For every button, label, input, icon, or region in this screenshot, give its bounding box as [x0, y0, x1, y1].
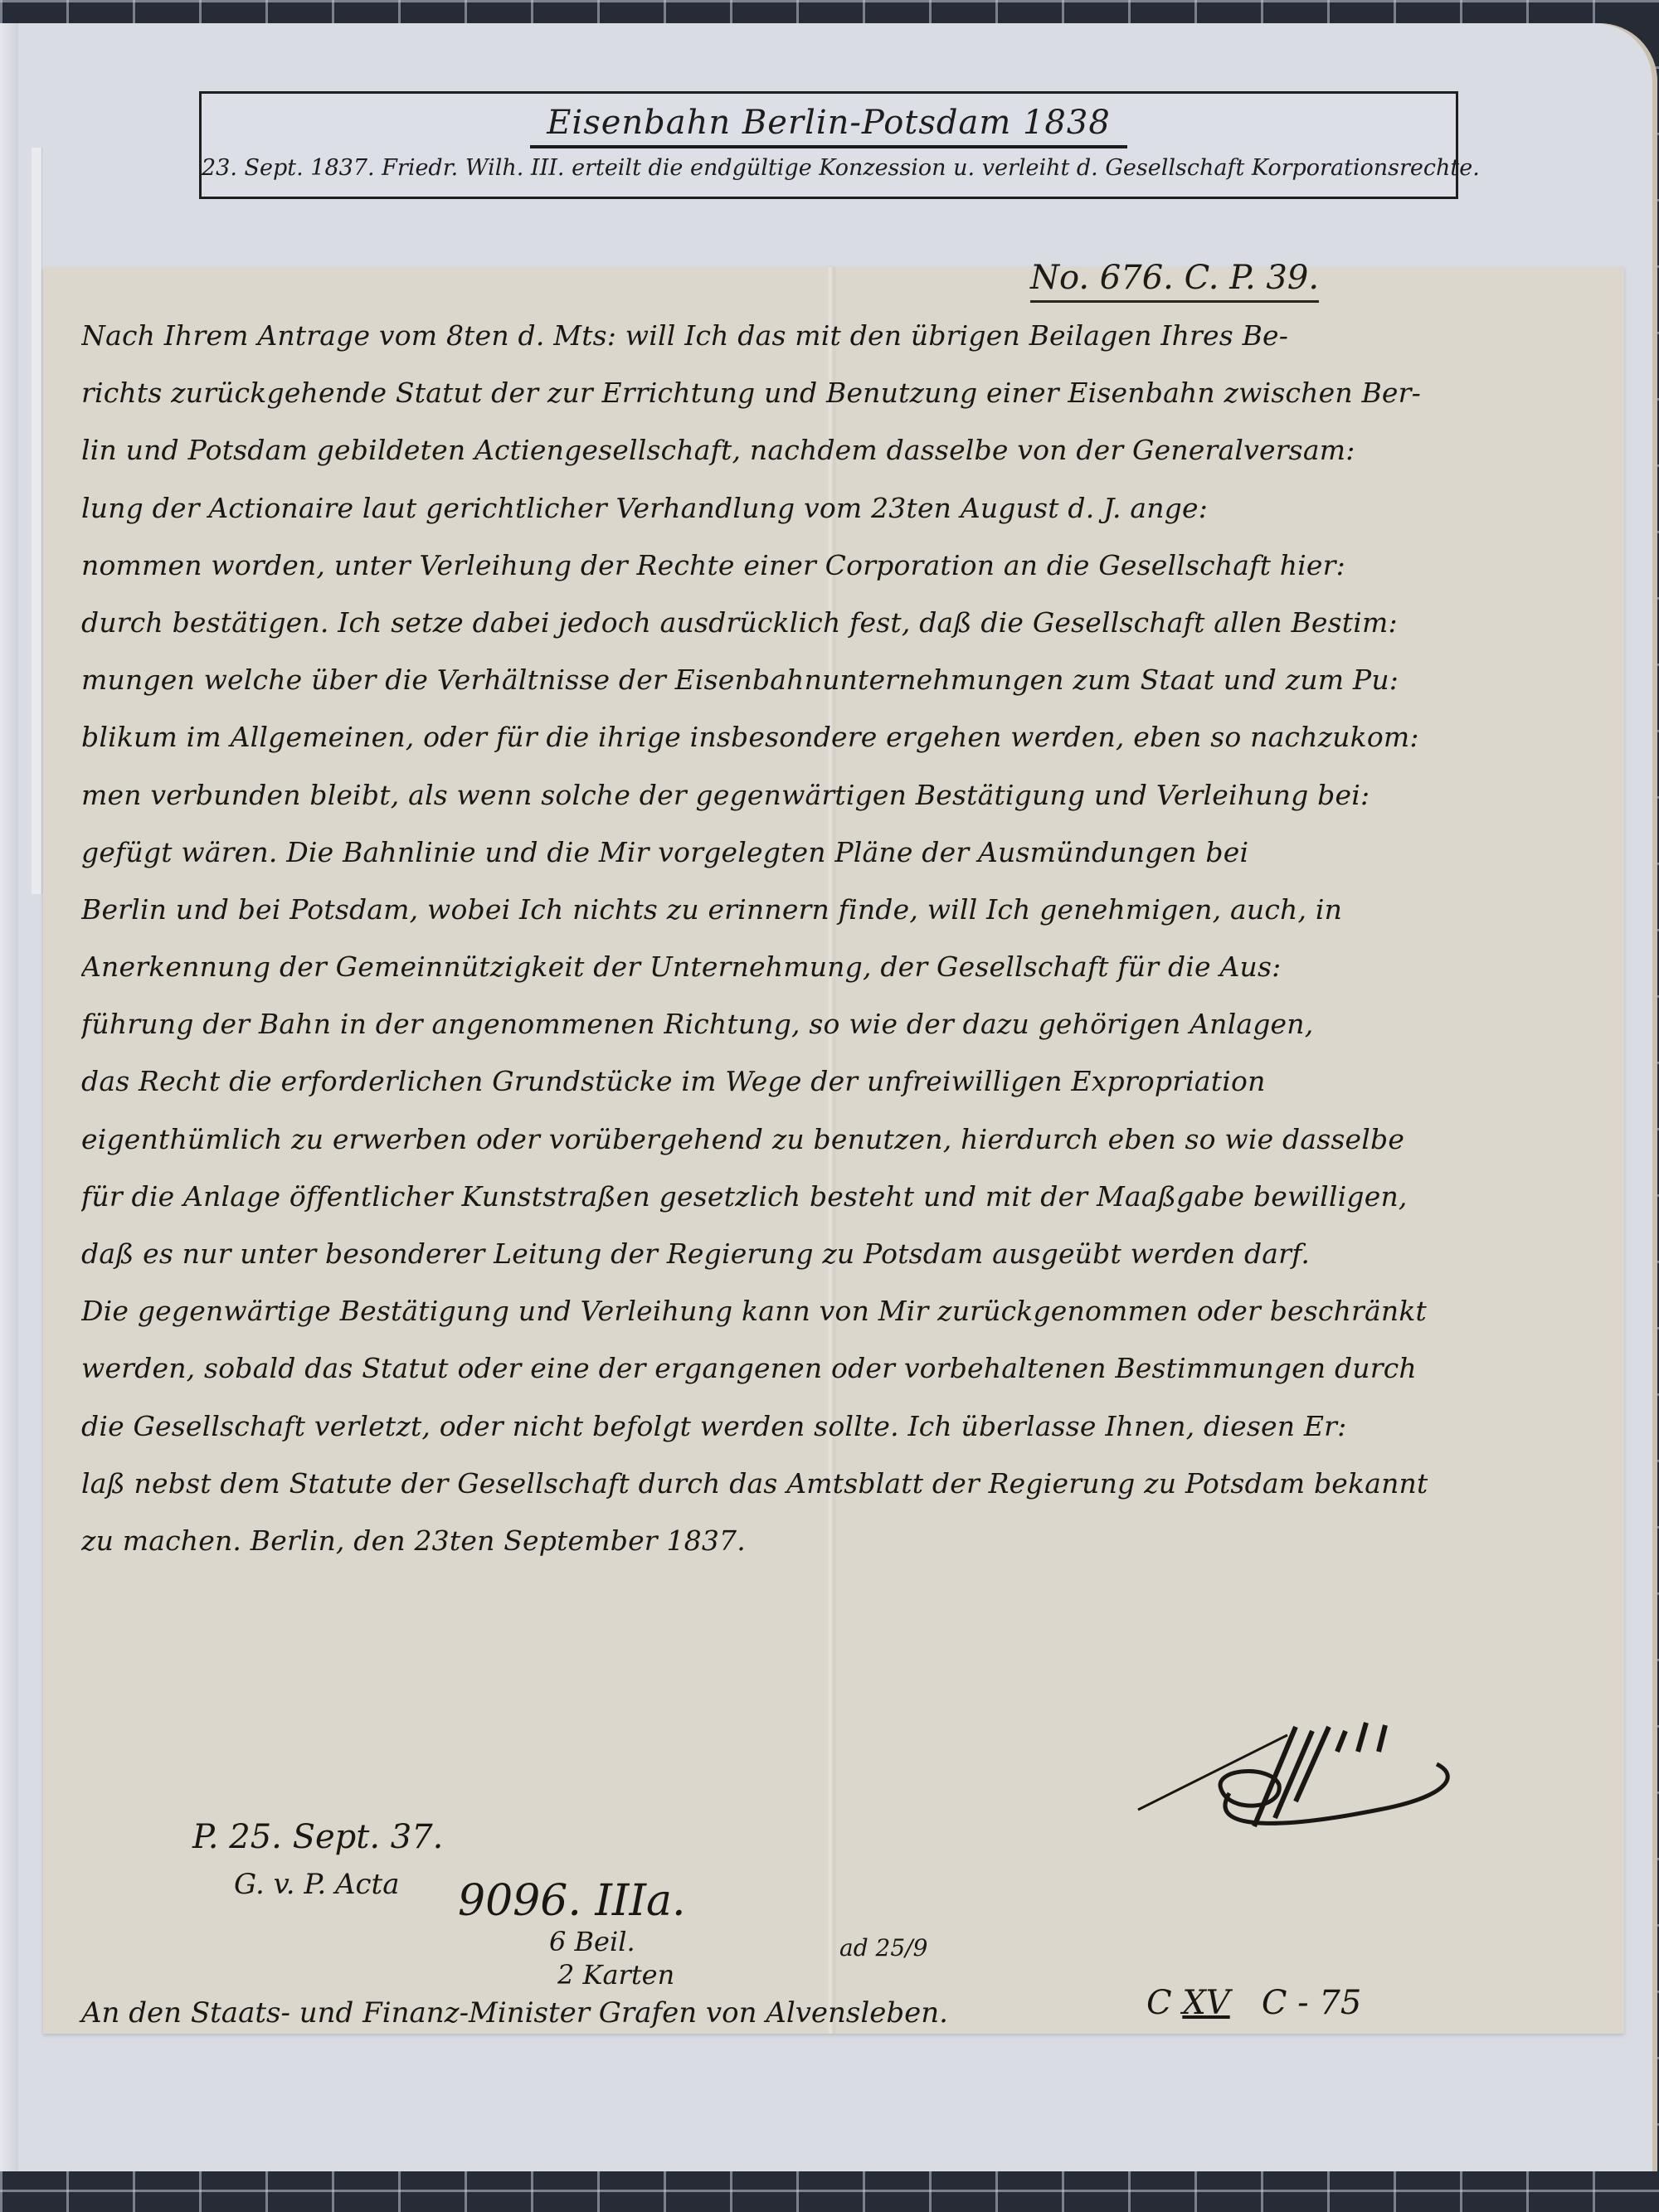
letter-body: Nach Ihrem Antrage vom 8ten d. Mts: will…: [81, 307, 1599, 1569]
letter-line: lung der Actionaire laut gerichtlicher V…: [81, 479, 1599, 537]
letter-line: Nach Ihrem Antrage vom 8ten d. Mts: will…: [81, 307, 1599, 364]
letter-line: zu machen. Berlin, den 23ten September 1…: [81, 1512, 1599, 1569]
historic-letter: No. 676. C. P. 39. Nach Ihrem Antrage vo…: [43, 267, 1624, 2034]
caption-title: Eisenbahn Berlin-Potsdam 1838: [530, 104, 1127, 148]
journal-date-note: ad 25/9: [839, 1934, 927, 1962]
letter-line: durch bestätigen. Ich setze dabei jedoch…: [81, 594, 1599, 651]
archive-reference: C XV C - 75: [1146, 1984, 1361, 2022]
caption-box: Eisenbahn Berlin-Potsdam 1838 23. Sept. …: [199, 91, 1458, 199]
archive-roman: XV: [1182, 1984, 1229, 2022]
letter-line: lin und Potsdam gebildeten Actiengesells…: [81, 421, 1599, 479]
letter-line: werden, sobald das Statut oder eine der …: [81, 1339, 1599, 1397]
album-page: Eisenbahn Berlin-Potsdam 1838 23. Sept. …: [0, 23, 1657, 2171]
archive-prefix: C: [1146, 1984, 1172, 2022]
maps-note: 2 Karten: [557, 1959, 674, 1991]
received-date-note: P. 25. Sept. 37.: [192, 1818, 443, 1856]
letter-line: gefügt wären. Die Bahnlinie und die Mir …: [81, 824, 1599, 881]
album-binding-strip: [32, 148, 42, 894]
letter-line: blikum im Allgemeinen, oder für die ihri…: [81, 708, 1599, 766]
letter-line: Die gegenwärtige Bestätigung und Verleih…: [81, 1282, 1599, 1339]
letter-line: nommen worden, unter Verleihung der Rech…: [81, 537, 1599, 594]
enclosures-note: 6 Beil.: [549, 1926, 635, 1957]
journal-number-note: 9096. IIIa.: [458, 1876, 686, 1926]
letter-line: die Gesellschaft verletzt, oder nicht be…: [81, 1398, 1599, 1455]
addressee-line: An den Staats- und Finanz-Minister Grafe…: [81, 1996, 948, 2030]
archive-suffix: C - 75: [1262, 1984, 1361, 2022]
letter-line: das Recht die erforderlichen Grundstücke…: [81, 1053, 1599, 1110]
letter-line: Anerkennung der Gemeinnützigkeit der Unt…: [81, 938, 1599, 995]
letter-line: laß nebst dem Statute der Gesellschaft d…: [81, 1455, 1599, 1512]
letter-line: mungen welche über die Verhältnisse der …: [81, 651, 1599, 708]
letter-line: eigenthümlich zu erwerben oder vorüberge…: [81, 1111, 1599, 1168]
letter-line: führung der Bahn in der angenommenen Ric…: [81, 995, 1599, 1053]
letter-line: daß es nur unter besonderer Leitung der …: [81, 1225, 1599, 1282]
letter-line: für die Anlage öffentlicher Kunststraßen…: [81, 1168, 1599, 1225]
royal-signature-icon: [1130, 1719, 1478, 1843]
caption-subtitle: 23. Sept. 1837. Friedr. Wilh. III. ertei…: [202, 155, 1456, 181]
letter-line: Berlin und bei Potsdam, wobei Ich nichts…: [81, 881, 1599, 938]
letter-line: men verbunden bleibt, als wenn solche de…: [81, 766, 1599, 824]
document-number: No. 676. C. P. 39.: [1030, 259, 1319, 303]
initials-note: G. v. P. Acta: [234, 1868, 399, 1901]
letter-line: richts zurückgehende Statut der zur Erri…: [81, 364, 1599, 421]
